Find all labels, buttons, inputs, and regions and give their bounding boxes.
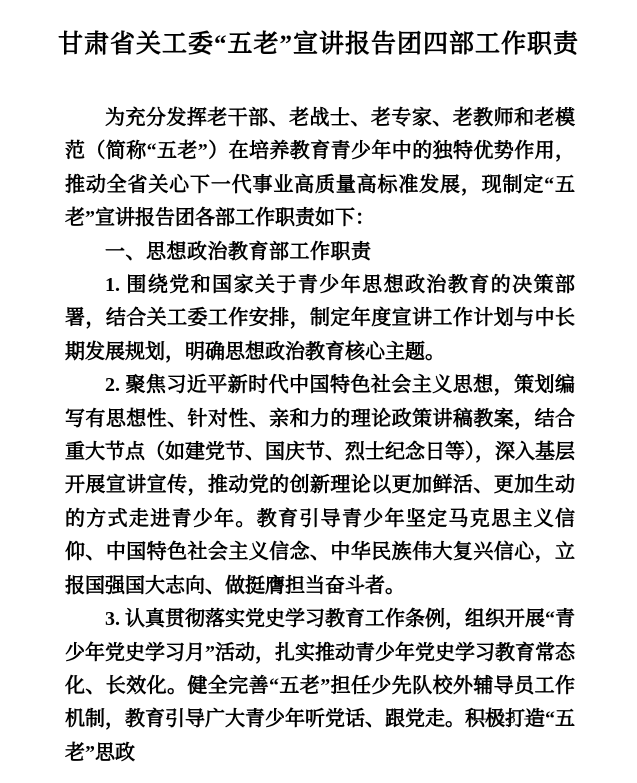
- section-1-heading: 一、思想政治教育部工作职责: [65, 236, 575, 269]
- numbered-paragraph-2: 2. 聚焦习近平新时代中国特色社会主义思想，策划编写有思想性、针对性、亲和力的理…: [65, 369, 575, 603]
- document-title: 甘肃省关工委“五老”宣讲报告团四部工作职责: [28, 27, 609, 63]
- page-number: — 23 —: [472, 708, 544, 728]
- intro-paragraph: 为充分发挥老干部、老战士、老专家、老教师和老模范（简称“五老”）在培养教育青少年…: [65, 102, 575, 236]
- document-body: 为充分发挥老干部、老战士、老专家、老教师和老模范（简称“五老”）在培养教育青少年…: [65, 102, 575, 770]
- numbered-paragraph-1: 1. 围绕党和国家关于青少年思想政治教育的决策部署，结合关工委工作安排，制定年度…: [65, 269, 575, 369]
- document-page: 甘肃省关工委“五老”宣讲报告团四部工作职责 为充分发挥老干部、老战士、老专家、老…: [0, 0, 637, 783]
- numbered-paragraph-3: 3. 认真贯彻落实党史学习教育工作条例，组织开展“青少年党史学习月”活动，扎实推…: [65, 603, 575, 770]
